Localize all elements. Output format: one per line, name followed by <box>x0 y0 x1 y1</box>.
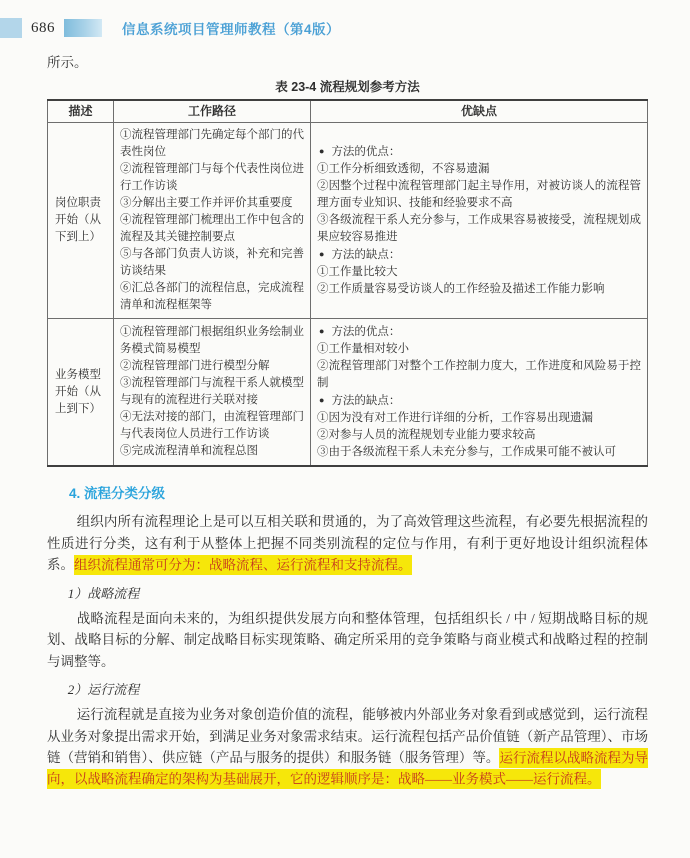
table-title: 表 23-4 流程规划参考方法 <box>47 77 648 95</box>
table-body: 岗位职责开始（从下到上）①流程管理部门先确定每个部门的代表性岗位②流程管理部门与… <box>48 123 648 467</box>
body-paragraph: 运行流程就是直接为业务对象创造价值的流程，能够被内外部业务对象看到或感觉到，运行… <box>47 704 648 790</box>
bullet-icon: ● <box>319 326 324 336</box>
pros-cons-header: ●方法的优点： <box>317 143 641 161</box>
bullet-icon: ● <box>319 249 324 259</box>
table-header-row: 描述 工作路径 优缺点 <box>48 100 648 123</box>
work-path-cell: ①流程管理部门先确定每个部门的代表性岗位②流程管理部门与每个代表性岗位进行工作访… <box>114 123 311 319</box>
reference-table: 描述 工作路径 优缺点 岗位职责开始（从下到上）①流程管理部门先确定每个部门的代… <box>47 99 648 467</box>
column-header-description: 描述 <box>48 100 114 123</box>
section-paragraphs: 组织内所有流程理论上是可以互相关联和贯通的，为了高效管理这些流程，有必要先根据流… <box>47 511 648 790</box>
page-content: 所示。 表 23-4 流程规划参考方法 描述 工作路径 优缺点 岗位职责开始（从… <box>47 51 648 790</box>
work-path-item: ⑤与各部门负责人访谈，补充和完善访谈结果 <box>120 246 304 280</box>
table-row: 业务模型开始（从上到下）①流程管理部门根据组织业务绘制业务模式简易模型②流程管理… <box>48 319 648 467</box>
lead-text: 所示。 <box>47 51 648 71</box>
pros-cons-item: ②流程管理部门对整个工作控制力度大，工作进度和风险易于控制 <box>317 358 641 392</box>
book-page: 686 信息系统项目管理师教程（第4版） 所示。 表 23-4 流程规划参考方法… <box>0 0 690 858</box>
pros-cons-item: ①工作量相对较小 <box>317 341 641 358</box>
page-header: 686 信息系统项目管理师教程（第4版） <box>0 0 690 40</box>
column-header-work-path: 工作路径 <box>114 100 311 123</box>
body-paragraph: 组织内所有流程理论上是可以互相关联和贯通的，为了高效管理这些流程，有必要先根据流… <box>47 511 648 576</box>
pros-cons-cell: ●方法的优点：①工作量相对较小②流程管理部门对整个工作控制力度大，工作进度和风险… <box>311 319 648 467</box>
pros-cons-item: ②工作质量容易受访谈人的工作经验及描述工作能力影响 <box>317 281 641 298</box>
pros-cons-item: ②因整个过程中流程管理部门起主导作用，对被访谈人的流程管理方面专业知识、技能和经… <box>317 178 641 212</box>
pros-cons-item: ①因为没有对工作进行详细的分析，工作容易出现遗漏 <box>317 410 641 427</box>
header-accent-bar-icon <box>64 19 102 37</box>
work-path-item: ②流程管理部门进行模型分解 <box>120 358 304 375</box>
body-paragraph: 战略流程是面向未来的，为组织提供发展方向和整体管理，包括组织长 / 中 / 短期… <box>47 608 648 673</box>
column-header-pros-cons: 优缺点 <box>311 100 648 123</box>
book-title: 信息系统项目管理师教程（第4版） <box>122 18 340 38</box>
work-path-item: ③分解出主要工作并评价其重要度 <box>120 195 304 212</box>
section-heading: 4. 流程分类分级 <box>69 482 648 502</box>
table-row: 岗位职责开始（从下到上）①流程管理部门先确定每个部门的代表性岗位②流程管理部门与… <box>48 123 648 319</box>
work-path-cell: ①流程管理部门根据组织业务绘制业务模式简易模型②流程管理部门进行模型分解③流程管… <box>114 319 311 467</box>
subheading: 1）战略流程 <box>47 583 648 602</box>
work-path-item: ②流程管理部门与每个代表性岗位进行工作访谈 <box>120 161 304 195</box>
pros-cons-header: ●方法的优点： <box>317 323 641 341</box>
pros-cons-cell: ●方法的优点：①工作分析细致透彻，不容易遗漏②因整个过程中流程管理部门起主导作用… <box>311 123 648 319</box>
bullet-icon: ● <box>319 395 324 405</box>
pros-cons-item: ①工作量比较大 <box>317 264 641 281</box>
work-path-item: ⑤完成流程清单和流程总图 <box>120 443 304 460</box>
description-cell: 业务模型开始（从上到下） <box>48 319 114 467</box>
pros-cons-item: ③由于各级流程干系人未充分参与，工作成果可能不被认可 <box>317 444 641 461</box>
work-path-item: ①流程管理部门先确定每个部门的代表性岗位 <box>120 127 304 161</box>
work-path-item: ⑥汇总各部门的流程信息，完成流程清单和流程框架等 <box>120 280 304 314</box>
subheading: 2）运行流程 <box>47 679 648 698</box>
pros-cons-header: ●方法的缺点： <box>317 246 641 264</box>
pros-cons-header: ●方法的缺点： <box>317 392 641 410</box>
work-path-item: ④流程管理部门梳理出工作中包含的流程及其关键控制要点 <box>120 212 304 246</box>
work-path-item: ③流程管理部门与流程干系人就模型与现有的流程进行关联对接 <box>120 375 304 409</box>
work-path-item: ①流程管理部门根据组织业务绘制业务模式简易模型 <box>120 324 304 358</box>
pros-cons-header-label: 方法的缺点： <box>331 395 400 407</box>
pros-cons-header-label: 方法的缺点： <box>331 249 400 261</box>
pros-cons-item: ②对参与人员的流程规划专业能力要求较高 <box>317 427 641 444</box>
description-cell: 岗位职责开始（从下到上） <box>48 123 114 319</box>
highlight-text: 组织流程通常可分为：战略流程、运行流程和支持流程。 <box>74 555 412 575</box>
paragraph-text: 战略流程是面向未来的，为组织提供发展方向和整体管理，包括组织长 / 中 / 短期… <box>47 611 648 669</box>
work-path-item: ④无法对接的部门，由流程管理部门与代表岗位人员进行工作访谈 <box>120 409 304 443</box>
pros-cons-item: ③各级流程干系人充分参与，工作成果容易被接受，流程规划成果应较容易推进 <box>317 212 641 246</box>
pros-cons-header-label: 方法的优点： <box>331 146 400 158</box>
bullet-icon: ● <box>319 146 324 156</box>
page-edge-marker-icon <box>0 18 22 38</box>
pros-cons-header-label: 方法的优点： <box>331 326 400 338</box>
pros-cons-item: ①工作分析细致透彻，不容易遗漏 <box>317 161 641 178</box>
page-number: 686 <box>31 20 55 37</box>
